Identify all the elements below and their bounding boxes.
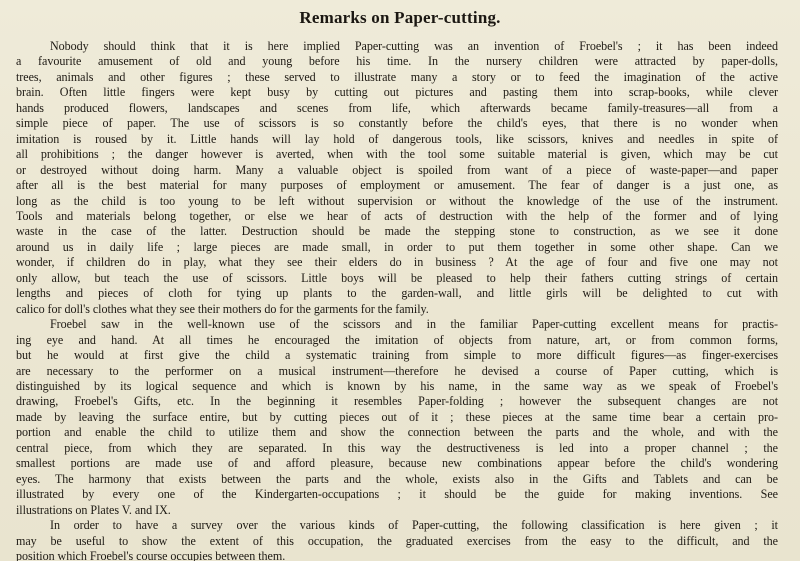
text-line: hands produced flowers, landscapes and s… [16,101,778,116]
text-line: waste in the case of the latter. Destruc… [16,224,778,239]
text-line: only allow, but teach the use of scissor… [16,271,778,286]
text-line: long as the child is too young to be lef… [16,194,778,209]
text-line: made by leaving the surface entire, but … [16,410,778,425]
text-line: after all is the best material for many … [16,178,778,193]
text-line: a favourite amusement of old and young b… [16,54,778,69]
text-line: imitation is roused by it. Little hands … [16,132,778,147]
text-line: trees, animals and other figures ; these… [16,70,778,85]
paragraph-2: Froebel saw in the well-known use of the… [16,317,778,518]
text-line: but he would at first give the child a s… [16,348,778,363]
text-line: distinguished by its logical sequence an… [16,379,778,394]
text-line: In order to have a survey over the vario… [16,518,778,533]
text-line: Nobody should think that it is here impl… [16,39,778,54]
text-line: Froebel saw in the well-known use of the… [16,317,778,332]
text-line: may be useful to show the extent of this… [16,534,778,549]
text-line: illustrated by every one of the Kinderga… [16,487,778,502]
text-line: around us in daily life ; large pieces a… [16,240,778,255]
text-line: all prohibitions ; the danger however is… [16,147,778,162]
document-body: Nobody should think that it is here impl… [16,39,778,561]
text-line: or destroyed without doing harm. Many a … [16,163,778,178]
page-title: Remarks on Paper-cutting. [0,8,800,28]
text-line: ing eye and hand. At all times he encour… [16,333,778,348]
text-line: wonder, if children do in play, what the… [16,255,778,270]
text-line: drawing, Froebel's Gifts, etc. In the be… [16,394,778,409]
text-line: Tools and materials belong together, or … [16,209,778,224]
text-line: illustrations on Plates V. and IX. [16,503,778,518]
scanned-book-page: Remarks on Paper-cutting. Nobody should … [0,0,800,561]
text-line: brain. Often little fingers were kept bu… [16,85,778,100]
text-line: position which Froebel's course occupies… [16,549,778,561]
text-line: calico for doll's clothes what they see … [16,302,778,317]
text-line: eyes. The harmony that exists between th… [16,472,778,487]
text-line: are necessary to the performer on a musi… [16,364,778,379]
text-line: simple piece of paper. The use of scisso… [16,116,778,131]
text-line: lengths and pieces of cloth for tying up… [16,286,778,301]
paragraph-1: Nobody should think that it is here impl… [16,39,778,317]
text-line: portion and enable the child to utilize … [16,425,778,440]
text-line: smallest portions are made use of and af… [16,456,778,471]
text-line: central piece, from which they are separ… [16,441,778,456]
paragraph-3: In order to have a survey over the vario… [16,518,778,561]
